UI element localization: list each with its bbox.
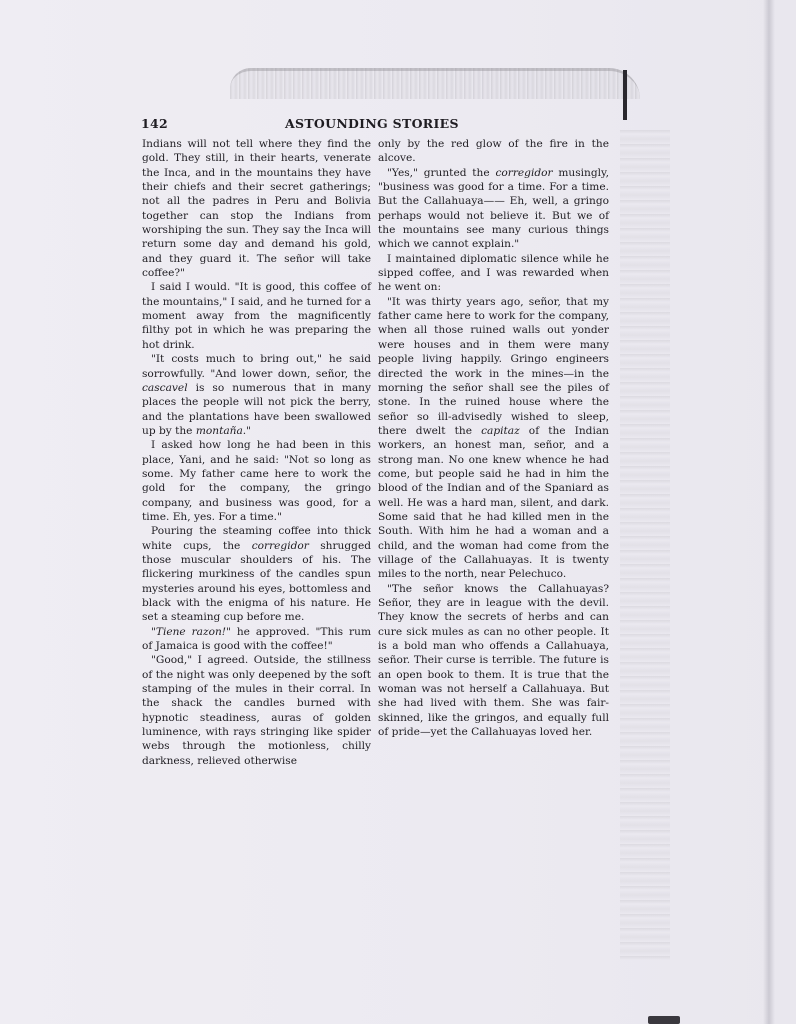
left-text-column: Indians will not tell where they find th… bbox=[142, 137, 371, 768]
paragraph: only by the red glow of the fire in the … bbox=[378, 137, 609, 166]
scan-artifact-bottom bbox=[648, 1016, 680, 1024]
page-number: 142 bbox=[141, 116, 168, 131]
italic-text: "Tiene razon!" bbox=[151, 626, 231, 638]
scan-artifact-mark bbox=[623, 70, 627, 120]
paragraph: "Yes," grunted the corregidor musingly, … bbox=[378, 166, 609, 252]
text-run: "Good," I agreed. Outside, the stillness… bbox=[142, 654, 371, 766]
text-run: "The señor knows the Callahuayas? Señor,… bbox=[378, 583, 609, 738]
scan-bleedthrough-top bbox=[230, 68, 640, 99]
paragraph: "The señor knows the Callahuayas? Señor,… bbox=[378, 582, 609, 740]
paragraph: "It costs much to bring out," he said so… bbox=[142, 352, 371, 438]
scan-speckle-margin bbox=[620, 130, 670, 960]
text-run: Indians will not tell where they find th… bbox=[142, 138, 371, 279]
italic-text: capitaz bbox=[481, 425, 520, 437]
text-run: "Yes," grunted the bbox=[387, 167, 495, 179]
text-run: I said I would. "It is good, this coffee… bbox=[142, 281, 371, 350]
paragraph: I asked how long he had been in this pla… bbox=[142, 438, 371, 524]
text-run: only by the red glow of the fire in the … bbox=[378, 138, 609, 164]
italic-text: montaña bbox=[196, 425, 243, 437]
text-run: I asked how long he had been in this pla… bbox=[142, 439, 371, 523]
text-run: I maintained diplomatic silence while he… bbox=[378, 253, 609, 294]
italic-text: corregidor bbox=[495, 167, 552, 179]
paragraph: I maintained diplomatic silence while he… bbox=[378, 252, 609, 295]
text-run: ." bbox=[243, 425, 251, 437]
text-run: "It was thirty years ago, señor, that my… bbox=[378, 296, 609, 437]
text-run: shrugged those muscular shoulders of his… bbox=[142, 540, 371, 624]
paragraph: "Tiene razon!" he approved. "This rum of… bbox=[142, 625, 371, 654]
running-title: ASTOUNDING STORIES bbox=[285, 116, 459, 131]
text-run: "It costs much to bring out," he said so… bbox=[142, 353, 371, 379]
paragraph: Indians will not tell where they find th… bbox=[142, 137, 371, 280]
paragraph: Pouring the steaming coffee into thick w… bbox=[142, 524, 371, 624]
paragraph: I said I would. "It is good, this coffee… bbox=[142, 280, 371, 352]
italic-text: cascavel bbox=[142, 382, 188, 394]
page-fold-edge bbox=[763, 0, 775, 1024]
right-text-column: only by the red glow of the fire in the … bbox=[378, 137, 609, 739]
text-run: musingly, "business was good for a time.… bbox=[378, 167, 609, 251]
paragraph: "It was thirty years ago, señor, that my… bbox=[378, 295, 609, 582]
paragraph: "Good," I agreed. Outside, the stillness… bbox=[142, 653, 371, 768]
italic-text: corregidor bbox=[252, 540, 309, 552]
text-run: of the Indian workers, an honest man, se… bbox=[378, 425, 609, 580]
page-header: 142 ASTOUNDING STORIES bbox=[141, 116, 621, 134]
